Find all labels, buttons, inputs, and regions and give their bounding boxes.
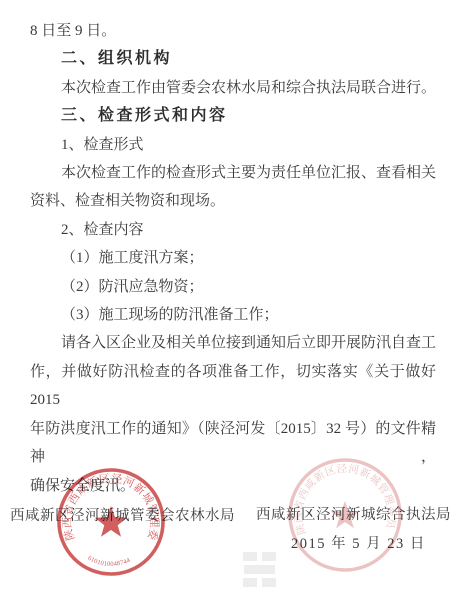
right-official-seal-stamp: 陕西省西咸新区泾河新城管理委员会综合执法局 [270,440,420,590]
text-line: 1、检查形式 [30,131,436,159]
left-official-seal-stamp: 陕西省西咸新区泾河新城管理委员会农林水局 6101010048744 [41,452,181,592]
star-icon [95,506,127,537]
text-line: 8 日至 9 日。 [30,17,436,45]
list-item: （3）施工现场的防汛准备工作； [30,301,436,329]
section-heading: 二、组织机构 [30,45,436,73]
section-heading: 三、检查形式和内容 [30,102,436,130]
list-item: （1）施工度汛方案； [30,244,436,272]
document-body: 8 日至 9 日。 二、组织机构 本次检查工作由管委会农林水局和综合执法局联合进… [30,17,436,500]
text-line: 2、检查内容 [30,216,436,244]
text-line: 作，并做好防汛检查的各项准备工作，切实落实《关于做好 2015 [30,358,436,415]
text-line: 本次检查工作由管委会农林水局和综合执法局联合进行。 [30,74,436,102]
text-line: 请各入区企业及相关单位接到通知后立即开展防汛自查工 [30,329,436,357]
text-line: 本次检查工作的检查形式主要为责任单位汇报、查看相关 [30,159,436,187]
star-icon [331,501,360,528]
seal-number: 6101010048744 [86,555,132,568]
text-line: 资料、检查相关物资和现场。 [30,187,436,215]
list-item: （2）防汛应急物资； [30,273,436,301]
document-page: 8 日至 9 日。 二、组织机构 本次检查工作由管委会农林水局和综合执法局联合进… [0,0,465,600]
